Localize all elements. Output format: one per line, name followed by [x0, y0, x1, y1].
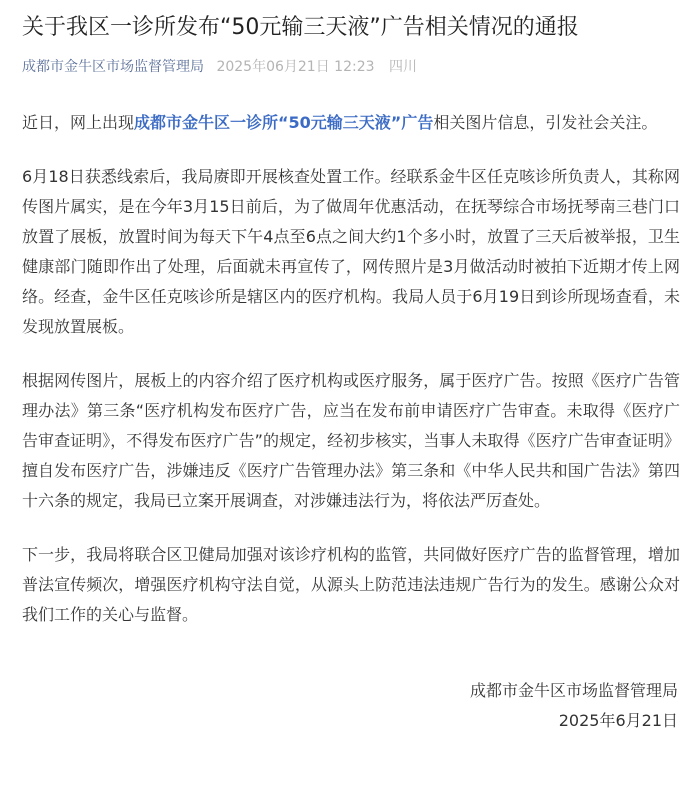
article-body: 近日，网上出现成都市金牛区一诊所“50元输三天液”广告相关图片信息，引发社会关注…: [22, 108, 680, 630]
article-page: 关于我区一诊所发布“50元输三天液”广告相关情况的通报 成都市金牛区市场监督管理…: [0, 0, 700, 736]
paragraph-next-steps: 下一步，我局将联合区卫健局加强对该诊疗机构的监管，共同做好医疗广告的监督管理，增…: [22, 540, 680, 630]
paragraph-legal-basis: 根据网传图片，展板上的内容介绍了医疗机构或医疗服务，属于医疗广告。按照《医疗广告…: [22, 366, 680, 516]
paragraph-intro: 近日，网上出现成都市金牛区一诊所“50元输三天液”广告相关图片信息，引发社会关注…: [22, 108, 680, 138]
article-title: 关于我区一诊所发布“50元输三天液”广告相关情况的通报: [22, 0, 680, 43]
signature-org: 成都市金牛区市场监督管理局: [22, 676, 678, 706]
intro-text-before: 近日，网上出现: [22, 113, 134, 132]
article-meta: 成都市金牛区市场监督管理局 2025年06月21日 12:23 四川: [22, 57, 680, 77]
signature-date: 2025年6月21日: [22, 706, 678, 736]
publish-region: 四川: [389, 59, 417, 75]
signature-block: 成都市金牛区市场监督管理局 2025年6月21日: [22, 676, 680, 736]
publish-time: 2025年06月21日 12:23: [216, 59, 374, 75]
source-account-link[interactable]: 成都市金牛区市场监督管理局: [22, 59, 204, 75]
paragraph-investigation: 6月18日获悉线索后，我局赓即开展核查处置工作。经联系金牛区任克咳诊所负责人，其…: [22, 162, 680, 342]
highlighted-topic-link[interactable]: 成都市金牛区一诊所“50元输三天液”广告: [134, 113, 433, 132]
intro-text-after: 相关图片信息，引发社会关注。: [433, 113, 657, 132]
